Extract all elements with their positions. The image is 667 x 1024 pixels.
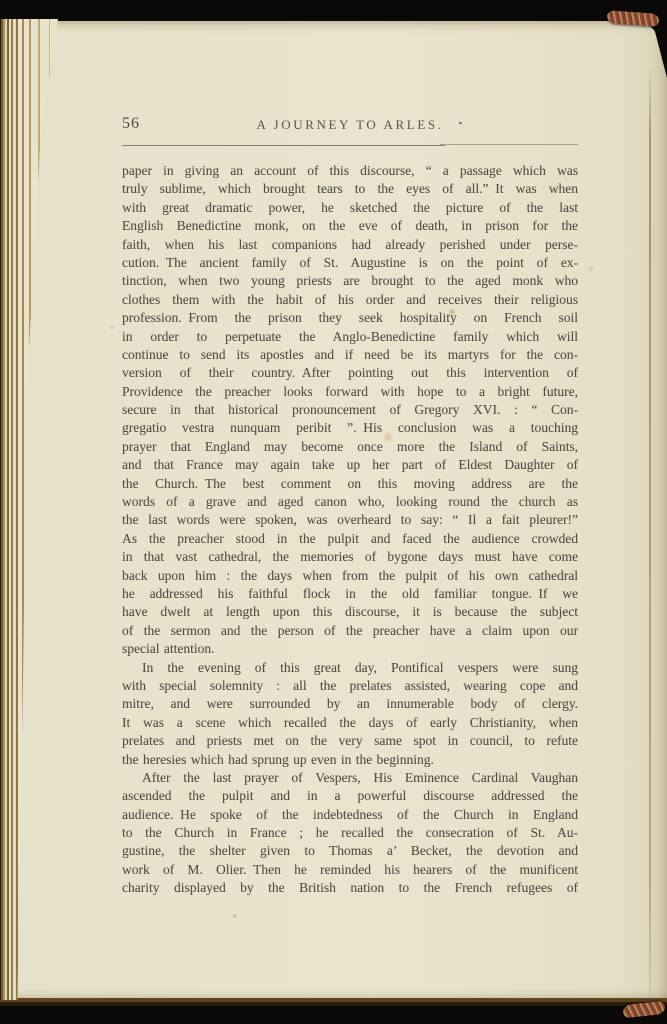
text-line: back upon him : the days when from the p… [122,567,578,585]
text-line: words of a grave and aged canon who, loo… [122,493,578,511]
text-line: Providence the preacher looks forward wi… [122,383,578,401]
text-line: continue to send its apostles and if nee… [122,346,578,364]
text-line: truly sublime, which brought tears to th… [122,180,578,198]
text-line: of the sermon and the person of the prea… [122,622,578,640]
text-line: It was a scene which recalled the days o… [122,714,578,732]
book-page: 56 A JOURNEY TO ARLES. paper in giving a… [16,21,667,998]
text-line: version of their country. After pointing… [122,364,578,382]
book-photo: 56 A JOURNEY TO ARLES. paper in giving a… [0,0,667,1024]
text-line: he addressed his faithful flock in the o… [122,585,578,603]
text-line: charity displayed by the British nation … [122,879,578,897]
page-body-text: paper in giving an account of this disco… [122,162,578,898]
header-rule [122,144,578,146]
text-line: in that vast cathedral, the memories of … [122,548,578,566]
text-line: cution. The ancient family of St. August… [122,254,578,272]
text-line: have dwelt at length upon this discourse… [122,603,578,621]
text-line: In the evening of this great day, Pontif… [122,659,578,677]
text-line: gustine, the shelter given to Thomas a’ … [122,842,578,860]
text-line: English Benedictine monk, on the eve of … [122,217,578,235]
text-line: secure in that historical pronouncement … [122,401,578,419]
text-line: prelates and priests met on the very sam… [122,732,578,750]
text-line: with special solemnity : all the prelate… [122,677,578,695]
text-line: and that France may again take up her pa… [122,456,578,474]
text-line: faith, when his last companions had alre… [122,236,578,254]
text-line: in order to perpetuate the Anglo-Benedic… [122,328,578,346]
page-header: 56 A JOURNEY TO ARLES. [122,115,578,135]
text-line: to the Church in France ; he recalled th… [122,824,578,842]
text-line: tinction, when two young priests are bro… [122,272,578,290]
text-line: gregatio vestra nunquam peribit ”. His c… [122,419,578,437]
text-line: As the preacher stood in the pulpit and … [122,530,578,548]
text-line: work of M. Olier. Then he reminded his h… [122,861,578,879]
text-line: After the last prayer of Vespers, His Em… [122,769,578,787]
text-line: the last words were spoken, was overhear… [122,511,578,529]
text-line: the heresies which had sprung up even in… [122,751,578,769]
text-line: audience. He spoke of the indebtedness o… [122,806,578,824]
running-title: A JOURNEY TO ARLES. [122,117,578,133]
text-line: special attention. [122,640,578,658]
text-line: the Church. The best comment on this mov… [122,475,578,493]
text-line: paper in giving an account of this disco… [122,162,578,180]
header-rule-right-segment [440,144,578,145]
page-content: 56 A JOURNEY TO ARLES. paper in giving a… [122,115,578,898]
text-line: clothes them with the habit of his order… [122,291,578,309]
header-rule-left-segment [122,145,445,146]
text-line: profession. From the prison they seek ho… [122,309,578,327]
page-gutter-crease [649,63,651,998]
text-line: mitre, and were surrounded by an innumer… [122,695,578,713]
text-line: ascended the pulpit and in a powerful di… [122,787,578,805]
text-line: prayer that England may become once more… [122,438,578,456]
text-line: with great dramatic power, he sketched t… [122,199,578,217]
